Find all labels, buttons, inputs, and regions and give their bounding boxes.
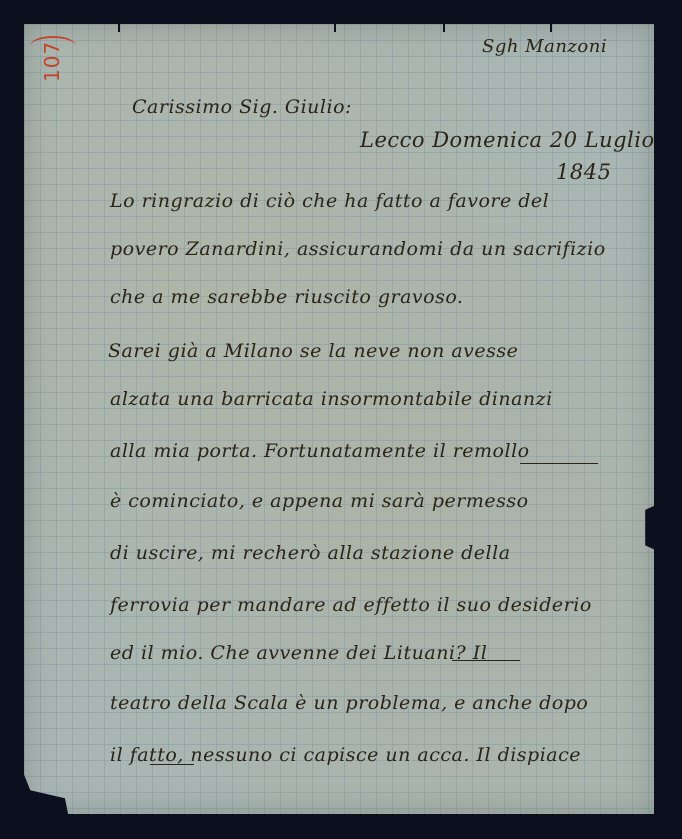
paper-tear — [550, 24, 552, 32]
body-line: povero Zanardini, assicurandomi da un sa… — [110, 238, 606, 260]
body-line: Sarei già a Milano se la neve non avesse — [108, 340, 518, 362]
date-year: 1845 — [556, 160, 611, 184]
body-line: Lo ringrazio di ciò che ha fatto a favor… — [110, 190, 549, 212]
salutation: Carissimo Sig. Giulio: — [132, 96, 352, 118]
body-line: che a me sarebbe riuscito gravoso. — [110, 286, 463, 308]
paper-tear — [334, 24, 336, 32]
signature-header: Sgh Manzoni — [482, 36, 607, 57]
underline-remollo — [520, 463, 598, 464]
paper-tear — [118, 24, 120, 32]
body-line: teatro della Scala è un problema, e anch… — [110, 692, 588, 714]
body-line: di uscire, mi recherò alla stazione dell… — [110, 542, 511, 564]
paper-tear — [443, 24, 445, 32]
archive-number: 107 — [40, 82, 81, 106]
body-line: ed il mio. Che avvenne dei Lituani? Il — [110, 642, 487, 664]
body-line: alla mia porta. Fortunatamente il remoll… — [110, 440, 530, 462]
body-line: il fatto, nessuno ci capisce un acca. Il… — [110, 744, 581, 766]
body-line: alzata una barricata insormontabile dina… — [110, 388, 553, 410]
underline-fatto — [150, 764, 194, 765]
date-line: Lecco Domenica 20 Luglio — [360, 128, 655, 152]
body-line: è cominciato, e appena mi sarà permesso — [110, 490, 529, 512]
body-line: ferrovia per mandare ad effetto il suo d… — [110, 594, 592, 616]
underline-lituani — [452, 660, 520, 661]
